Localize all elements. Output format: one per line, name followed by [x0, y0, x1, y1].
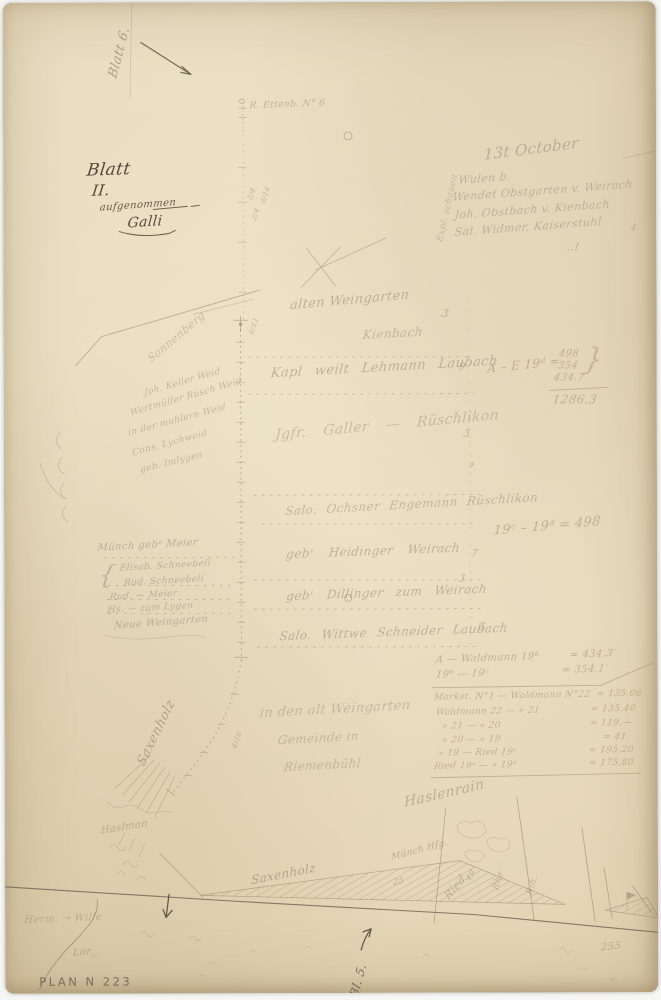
- plan-number: PLAN N 223: [39, 975, 132, 989]
- formula-top-total: 1286.3: [552, 392, 599, 406]
- number-255: 255: [600, 940, 621, 953]
- calc-label: » 21 — » 20: [441, 721, 501, 732]
- calc-value: = 41.: [602, 732, 630, 743]
- calc-label: » 19 — Ried 19ᵃ: [437, 747, 517, 759]
- up-arrow: [361, 929, 371, 950]
- paper-sheet: Blatt 6. Bl. 5. PLAN N 223 Blatt II. auf…: [3, 1, 659, 994]
- left-margin-scribbles: [40, 433, 68, 522]
- title-sheet-number: II.: [91, 181, 111, 200]
- sheet6-arrow: [141, 42, 191, 74]
- ettenberg-survey-marks: [239, 99, 246, 136]
- margin-flourish: 9: [458, 362, 466, 373]
- title-blatt: Blatt: [86, 159, 132, 181]
- formula-top-v3: 434.7: [553, 372, 585, 383]
- slope-tufts: [110, 832, 145, 879]
- formula-top-v1: 498: [558, 348, 580, 359]
- slope-edge-line: [75, 290, 259, 365]
- calc-value: = 434.3′: [569, 648, 616, 661]
- calc-value: = 195.20: [588, 745, 634, 756]
- calc-value: = 354.1′: [561, 663, 608, 676]
- name-lor: Lor: [72, 946, 91, 959]
- calc-label: Waldmann 22 — » 21: [435, 706, 540, 718]
- calc-value: = 119.—: [589, 718, 633, 729]
- down-arrow: [163, 894, 172, 917]
- surveyor-signature: Galli: [127, 213, 163, 232]
- boundary-curve-dotted: [172, 660, 241, 792]
- calc-value: = 135.40: [590, 704, 636, 715]
- calc-label: Ried 19ᵃ — » 19ᵇ: [433, 760, 517, 772]
- note-trailer: ..l: [566, 240, 580, 253]
- main-dotted-boundary: [237, 324, 246, 660]
- bush-scribbles: [457, 821, 510, 862]
- right-alignment-dots: [469, 302, 470, 652]
- calc-value: = 175.80: [588, 758, 634, 769]
- hatched-strip-small: [605, 892, 658, 918]
- scanned-survey-plan: Blatt 6. Bl. 5. PLAN N 223 Blatt II. auf…: [0, 0, 661, 1000]
- calc-label: 19ᵇ — 19ᶜ: [435, 668, 489, 681]
- calc-value: = 135.06: [596, 689, 642, 700]
- calc-label: » 20 — » 19: [441, 735, 501, 746]
- formula-top-v2: 354: [557, 360, 579, 371]
- crossing-strokes-mark: [301, 238, 386, 287]
- margin-flourish: 7: [470, 549, 478, 560]
